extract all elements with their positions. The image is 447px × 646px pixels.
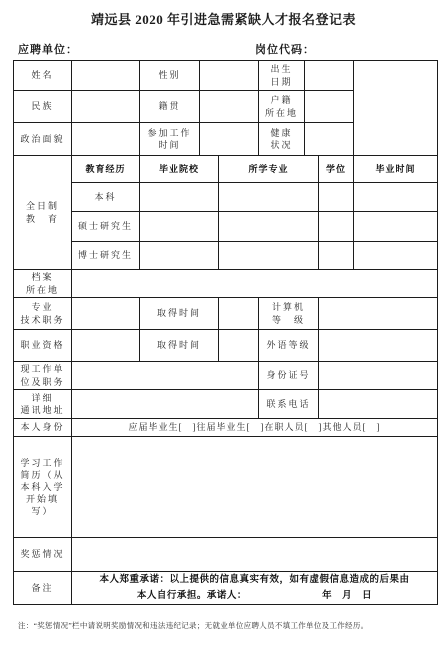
mailing-address-label: 详细 通讯地址 (14, 390, 72, 419)
edu-experience-header: 教育经历 (72, 156, 140, 183)
identity-label: 本人身份 (14, 419, 72, 437)
doctor-major-cell (219, 242, 319, 270)
doctor-label: 博士研究生 (72, 242, 140, 270)
subheader: 应聘单位： 岗位代码： (18, 41, 447, 55)
table-row: 现工作单 位及职务 身份证号 (14, 362, 438, 390)
current-job-value-cell (72, 362, 259, 390)
bachelor-school-cell (140, 183, 219, 212)
bachelor-degree-cell (319, 183, 354, 212)
work-start-label: 参加工作 时间 (140, 123, 200, 156)
table-row: 档案 所在地 (14, 270, 438, 298)
work-start-value-cell (200, 123, 259, 156)
native-place-label: 籍贯 (140, 91, 200, 123)
doctor-school-cell (140, 242, 219, 270)
master-school-cell (140, 212, 219, 242)
master-label: 硕士研究生 (72, 212, 140, 242)
archive-location-value-cell (72, 270, 438, 298)
table-row: 姓名 性别 出生 日期 (14, 61, 438, 91)
computer-level-label: 计算机 等 级 (259, 298, 319, 330)
registration-form-page: 靖远县 2020 年引进急需紧缺人才报名登记表 应聘单位： 岗位代码： 姓名 性… (0, 0, 447, 646)
resume-label: 学习工作 简历（从 本科入学 开始填 写） (14, 437, 72, 538)
political-status-value-cell (72, 123, 140, 156)
table-row: 博士研究生 (14, 242, 438, 270)
prof-acquire-time-label: 取得时间 (140, 298, 219, 330)
pledge-text: 本人郑重承诺：以上提供的信息真实有效，如有虚假信息造成的后果由 本人自行承担。承… (72, 572, 438, 605)
master-degree-cell (319, 212, 354, 242)
resume-value-cell (72, 437, 438, 538)
name-label: 姓名 (14, 61, 72, 91)
computer-level-value-cell (319, 298, 438, 330)
gender-value-cell (200, 61, 259, 91)
id-number-label: 身份证号 (259, 362, 319, 390)
edu-major-header: 所学专业 (219, 156, 319, 183)
page-title: 靖远县 2020 年引进急需紧缺人才报名登记表 (0, 0, 447, 28)
foreign-language-level-value-cell (319, 330, 438, 362)
table-row: 全日制 教 育 教育经历 毕业院校 所学专业 学位 毕业时间 (14, 156, 438, 183)
occupation-acquire-time-value-cell (219, 330, 259, 362)
apply-unit-label: 应聘单位： (18, 44, 78, 56)
occupation-acquire-time-label: 取得时间 (140, 330, 219, 362)
table-row: 本科 (14, 183, 438, 212)
phone-value-cell (319, 390, 438, 419)
photo-cell (354, 61, 438, 156)
bachelor-grad-time-cell (354, 183, 438, 212)
table-row: 职业资格 取得时间 外语等级 (14, 330, 438, 362)
id-number-value-cell (319, 362, 438, 390)
ethnicity-label: 民族 (14, 91, 72, 123)
birth-date-value-cell (305, 61, 354, 91)
gender-label: 性别 (140, 61, 200, 91)
health-label: 健康 状况 (259, 123, 305, 156)
birth-date-label: 出生 日期 (259, 61, 305, 91)
prof-acquire-time-value-cell (219, 298, 259, 330)
archive-location-label: 档案 所在地 (14, 270, 72, 298)
master-grad-time-cell (354, 212, 438, 242)
doctor-grad-time-cell (354, 242, 438, 270)
household-label: 户籍 所在地 (259, 91, 305, 123)
post-code-label: 岗位代码： (255, 41, 315, 57)
table-row: 奖惩情况 (14, 538, 438, 572)
prof-title-value-cell (72, 298, 140, 330)
doctor-degree-cell (319, 242, 354, 270)
identity-options: 应届毕业生[ ]往届毕业生[ ]在职人员[ ]其他人员[ ] (72, 419, 438, 437)
native-place-value-cell (200, 91, 259, 123)
table-row: 专业 技术职务 取得时间 计算机 等 级 (14, 298, 438, 330)
name-value-cell (72, 61, 140, 91)
table-row: 学习工作 简历（从 本科入学 开始填 写） (14, 437, 438, 538)
remark-label: 备注 (14, 572, 72, 605)
current-job-label: 现工作单 位及职务 (14, 362, 72, 390)
prof-title-label: 专业 技术职务 (14, 298, 72, 330)
bachelor-label: 本科 (72, 183, 140, 212)
occupation-qualification-label: 职业资格 (14, 330, 72, 362)
edu-grad-time-header: 毕业时间 (354, 156, 438, 183)
ethnicity-value-cell (72, 91, 140, 123)
master-major-cell (219, 212, 319, 242)
edu-school-header: 毕业院校 (140, 156, 219, 183)
foreign-language-level-label: 外语等级 (259, 330, 319, 362)
rewards-punishments-label: 奖惩情况 (14, 538, 72, 572)
full-time-edu-label: 全日制 教 育 (14, 156, 72, 270)
table-row: 本人身份 应届毕业生[ ]往届毕业生[ ]在职人员[ ]其他人员[ ] (14, 419, 438, 437)
household-value-cell (305, 91, 354, 123)
phone-label: 联系电话 (259, 390, 319, 419)
political-status-label: 政治面貌 (14, 123, 72, 156)
rewards-punishments-value-cell (72, 538, 438, 572)
bachelor-major-cell (219, 183, 319, 212)
occupation-value-cell (72, 330, 140, 362)
registration-table: 姓名 性别 出生 日期 民族 籍贯 户籍 所在地 政治面貌 参加工作 时间 健康… (13, 60, 438, 605)
edu-degree-header: 学位 (319, 156, 354, 183)
table-row: 硕士研究生 (14, 212, 438, 242)
mailing-address-value-cell (72, 390, 259, 419)
table-row: 备注 本人郑重承诺：以上提供的信息真实有效，如有虚假信息造成的后果由 本人自行承… (14, 572, 438, 605)
health-value-cell (305, 123, 354, 156)
footnote: 注：“奖惩情况”栏中请说明奖励情况和违法违纪记录；无就业单位应聘人员不填工作单位… (18, 620, 447, 631)
table-row: 详细 通讯地址 联系电话 (14, 390, 438, 419)
